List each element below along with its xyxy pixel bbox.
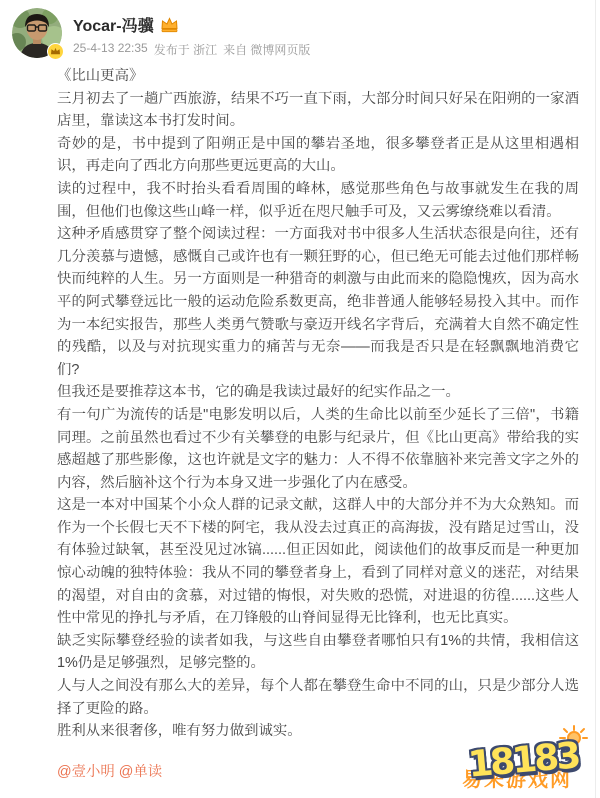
post-paragraph: 三月初去了一趟广西旅游，结果不巧一直下雨，大部分时间只好呆在阳朔的一家酒店里，靠… xyxy=(57,88,579,133)
mentions-row: @壹小明 @单读 xyxy=(57,761,579,784)
vip-crown-icon[interactable] xyxy=(160,17,179,33)
post-paragraph: 奇妙的是，书中提到了阳朔正是中国的攀岩圣地，很多攀登者正是从这里相遇相识，再走向… xyxy=(57,133,579,178)
post-timestamp[interactable]: 25-4-13 22:35 xyxy=(73,41,148,58)
scrollbar-track[interactable] xyxy=(595,0,596,798)
weibo-post: Yocar-冯骥 25-4-13 22:35 发布于 浙江 来自 微博网页版 《… xyxy=(0,0,600,798)
author-row: Yocar-冯骥 xyxy=(73,13,179,36)
post-source[interactable]: 来自 微博网页版 xyxy=(223,41,310,58)
post-paragraph: 缺乏实际攀登经验的读者如我，与这些自由攀登者哪怕只有1%的共情，我相信这1%仍是… xyxy=(57,630,579,675)
post-text: 《比山更高》三月初去了一趟广西旅游，结果不巧一直下雨，大部分时间只好呆在阳朔的一… xyxy=(57,65,579,783)
post-location: 发布于 浙江 xyxy=(154,41,217,58)
post-paragraph: 这是一本对中国某个小众人群的记录文献，这群人中的大部分并不为大众熟知。而作为一个… xyxy=(57,494,579,630)
post-paragraph: 胜利从来很奢侈，唯有努力做到诚实。 xyxy=(57,720,579,743)
user-avatar[interactable] xyxy=(12,8,62,58)
post-paragraph: 人与人之间没有那么大的差异，每个人都在攀登生命中不同的山，只是少部分人选择了更险… xyxy=(57,675,579,720)
post-meta: 25-4-13 22:35 发布于 浙江 来自 微博网页版 xyxy=(73,41,310,58)
post-paragraph: 但我还是要推荐这本书，它的确是我读过最好的纪实作品之一。 xyxy=(57,381,579,404)
author-name[interactable]: Yocar-冯骥 xyxy=(73,13,154,36)
post-paragraph: 《比山更高》 xyxy=(57,65,579,88)
crown-pendant-icon xyxy=(47,43,64,60)
post-paragraph: 读的过程中，我不时抬头看看周围的峰林，感觉那些角色与故事就发生在我的周围，但他们… xyxy=(57,178,579,223)
post-paragraph: 这种矛盾感贯穿了整个阅读过程：一方面我对书中很多人生活状态很是向往，还有几分羡慕… xyxy=(57,223,579,381)
post-paragraph: 有一句广为流传的话是"电影发明以后，人类的生命比以前至少延长了三倍"，书籍同理。… xyxy=(57,404,579,494)
mention-link[interactable]: @壹小明 xyxy=(57,764,115,780)
mention-link[interactable]: @单读 xyxy=(119,764,162,780)
